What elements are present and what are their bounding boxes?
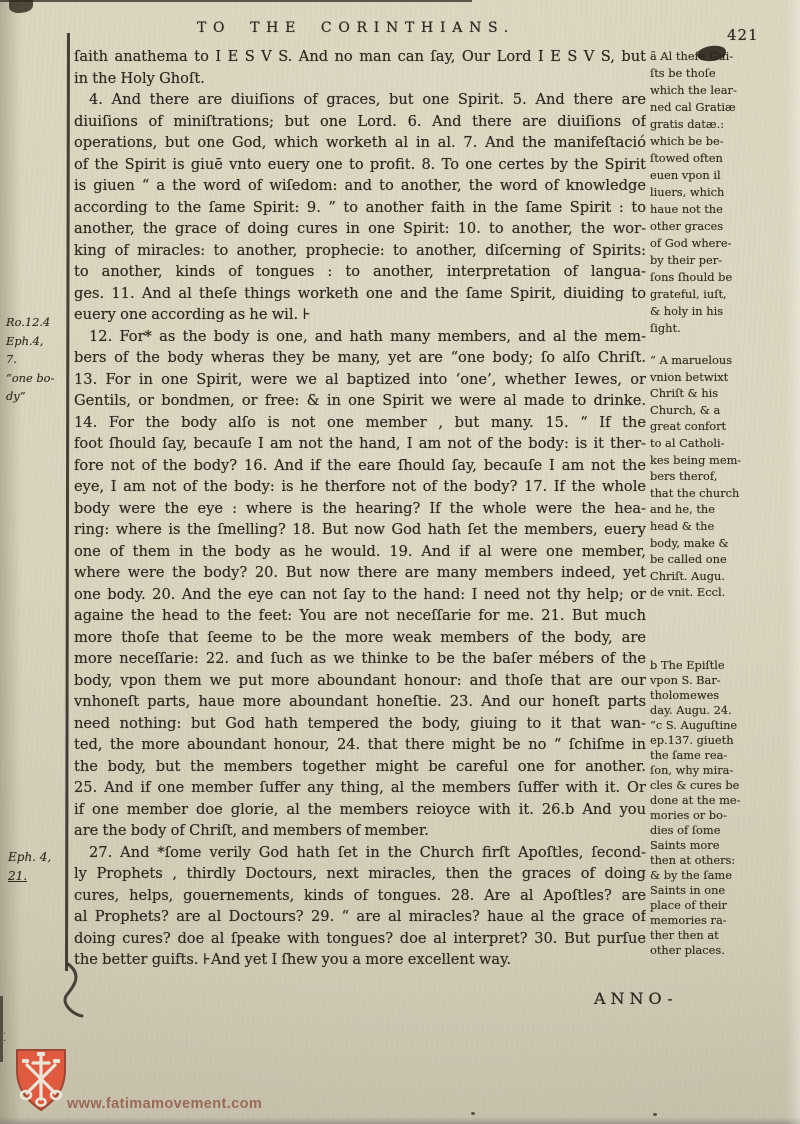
text-line: and he, the bbox=[650, 501, 798, 518]
text-line: 12. For* as the body is one, and hath ma… bbox=[74, 326, 646, 348]
text-line: by their per- bbox=[650, 252, 798, 269]
text-line: ther then at bbox=[650, 928, 798, 943]
text-line: body, vpon them we put more aboundant ho… bbox=[74, 670, 646, 692]
right-margin-note: ã Al theſe Gui-ſts be thoſewhich the lea… bbox=[650, 48, 798, 337]
text-line: liuers, which bbox=[650, 184, 798, 201]
text-line: al Prophets? are al Doctours? 29. “ are … bbox=[74, 906, 646, 928]
text-line: day. Augu. 24. bbox=[650, 703, 798, 718]
text-line: the ſame rea- bbox=[650, 748, 798, 763]
text-line: ted, the more aboundant honour, 24. that… bbox=[74, 734, 646, 756]
text-line: foot ſhould ſay, becauſe I am not the ha… bbox=[74, 433, 646, 455]
text-line: & holy in his bbox=[650, 303, 798, 320]
text-line: 13. For in one Spirit, were we al baptiz… bbox=[74, 369, 646, 391]
text-line: cures, helps, gouernements, kinds of ton… bbox=[74, 885, 646, 907]
text-line: that the church bbox=[650, 485, 798, 502]
text-line: vpon S. Bar- bbox=[650, 673, 798, 688]
text-line: another, the grace of doing cures in one… bbox=[74, 218, 646, 240]
text-line: the better guifts. ⊦And yet I ſhew you a… bbox=[74, 949, 646, 971]
text-line: grateful, iuſt, bbox=[650, 286, 798, 303]
scan-edge-artifact bbox=[0, 1117, 800, 1124]
text-line: kes being mem- bbox=[650, 452, 798, 469]
text-line: Saints in one bbox=[650, 883, 798, 898]
text-line: which the lear- bbox=[650, 82, 798, 99]
text-line: ſaith anathema to I E S V S. And no man … bbox=[74, 46, 646, 68]
ink-speck: .. bbox=[3, 1028, 7, 1042]
text-line: dies of ſome bbox=[650, 823, 798, 838]
text-line: haue not the bbox=[650, 201, 798, 218]
text-line: great confort bbox=[650, 418, 798, 435]
ink-speck bbox=[471, 1112, 475, 1115]
text-line: againe the head to the feet: You are not… bbox=[74, 605, 646, 627]
text-line: Chriſt & his bbox=[650, 385, 798, 402]
right-margin-note: b The Epiſtlevpon S. Bar-tholomewesday. … bbox=[650, 658, 798, 958]
text-line: vnhoneſt parts, haue more aboundant hone… bbox=[74, 691, 646, 713]
text-line: bers therof, bbox=[650, 468, 798, 485]
running-header: TO THE CORINTHIANS. bbox=[74, 20, 638, 36]
text-line: king of miracles: to another, prophecie:… bbox=[74, 240, 646, 262]
text-line: ly Prophets , thirdly Doctours, next mir… bbox=[74, 863, 646, 885]
text-line: other places. bbox=[650, 943, 798, 958]
text-line: 7. bbox=[6, 350, 66, 369]
catchword: ANNO- bbox=[594, 989, 678, 1008]
text-line: eye, I am not of the body: is he therfor… bbox=[74, 476, 646, 498]
text-line: 4. And there are diuiſions of graces, bu… bbox=[74, 89, 646, 111]
text-line: of God where- bbox=[650, 235, 798, 252]
text-line: 27. And *ſome verily God hath ſet in the… bbox=[74, 842, 646, 864]
text-line: de vnit. Eccl. bbox=[650, 584, 798, 601]
text-line: Gentils, or bondmen, or free: & in one S… bbox=[74, 390, 646, 412]
text-line: of the Spirit is giuē vnto euery one to … bbox=[74, 154, 646, 176]
text-line: Saints more bbox=[650, 838, 798, 853]
watermark-url: www.fatimamovement.com bbox=[67, 1096, 262, 1112]
column-rule bbox=[65, 33, 69, 971]
text-line: Eph. 4, bbox=[8, 848, 66, 867]
text-line: ep.137. giueth bbox=[650, 733, 798, 748]
text-line: vnion betwixt bbox=[650, 369, 798, 386]
text-line: need nothing: but God hath tempered the … bbox=[74, 713, 646, 735]
text-line: “c S. Auguſtine bbox=[650, 718, 798, 733]
text-line: operations, but one God, which worketh a… bbox=[74, 132, 646, 154]
text-line: are the body of Chriſt, and members of m… bbox=[74, 820, 646, 842]
text-line: ges. 11. And al theſe things worketh one… bbox=[74, 283, 646, 305]
text-line: doing cures? doe al ſpeake with tongues?… bbox=[74, 928, 646, 950]
text-line: Ro.12.4 bbox=[6, 313, 66, 332]
fatima-movement-logo bbox=[13, 1047, 69, 1113]
scan-edge-artifact bbox=[0, 0, 472, 2]
text-line: ſons ſhould be bbox=[650, 269, 798, 286]
text-line: one of them in the body as he would. 19.… bbox=[74, 541, 646, 563]
text-line: 14. For the body alſo is not one member … bbox=[74, 412, 646, 434]
text-line: head & the bbox=[650, 518, 798, 535]
body-text-column: ſaith anathema to I E S V S. And no man … bbox=[74, 46, 646, 971]
text-line: ſtowed often bbox=[650, 150, 798, 167]
text-line: ring: where is the ſmelling? 18. But now… bbox=[74, 519, 646, 541]
text-line: done at the me- bbox=[650, 793, 798, 808]
text-line: other graces bbox=[650, 218, 798, 235]
left-margin-note: Eph. 4,21. bbox=[8, 848, 66, 886]
text-line: cles & cures be bbox=[650, 778, 798, 793]
text-line: dy” bbox=[6, 387, 66, 406]
text-line: mories or bo- bbox=[650, 808, 798, 823]
text-line: tholomewes bbox=[650, 688, 798, 703]
text-line: Eph.4, bbox=[6, 332, 66, 351]
text-line: according to the ſame Spirit: 9. ” to an… bbox=[74, 197, 646, 219]
text-line: ſight. bbox=[650, 320, 798, 337]
text-line: euen vpon il bbox=[650, 167, 798, 184]
text-line: gratis datæ.: bbox=[650, 116, 798, 133]
text-line: euery one according as he wil. ⊦ bbox=[74, 304, 646, 326]
text-line: fore not of the body? 16. And if the ear… bbox=[74, 455, 646, 477]
text-line: ned cal Gratiæ bbox=[650, 99, 798, 116]
text-line: to al Catholi- bbox=[650, 435, 798, 452]
text-line: then at others: bbox=[650, 853, 798, 868]
scanned-page: .. TO THE CORINTHIANS. 421 ſaith anathem… bbox=[0, 0, 800, 1124]
ink-blot bbox=[9, 0, 33, 13]
text-line: “one bo- bbox=[6, 369, 66, 388]
text-line: 21. bbox=[8, 867, 66, 886]
text-line: is giuen “ a the word of wiſedom: and to… bbox=[74, 175, 646, 197]
text-line: the body, but the members together might… bbox=[74, 756, 646, 778]
text-line: more thoſe that ſeeme to be the more wea… bbox=[74, 627, 646, 649]
text-line: body were the eye : where is the hearing… bbox=[74, 498, 646, 520]
ink-speck bbox=[653, 1113, 657, 1116]
text-line: in the Holy Ghoſt. bbox=[74, 68, 646, 90]
text-line: more neceſſarie: 22. and ſuch as we thin… bbox=[74, 648, 646, 670]
text-line: & by the ſame bbox=[650, 868, 798, 883]
text-line: to another, kinds of tongues : to anothe… bbox=[74, 261, 646, 283]
text-line: ſon, why mira- bbox=[650, 763, 798, 778]
text-line: if one member doe glorie, al the members… bbox=[74, 799, 646, 821]
text-line: “ A maruelous bbox=[650, 352, 798, 369]
text-line: Chriſt. Augu. bbox=[650, 568, 798, 585]
right-margin-note: “ A maruelousvnion betwixtChriſt & hisCh… bbox=[650, 352, 798, 601]
text-line: where were the body? 20. But now there a… bbox=[74, 562, 646, 584]
text-line: place of their bbox=[650, 898, 798, 913]
text-line: one body. 20. And the eye can not ſay to… bbox=[74, 584, 646, 606]
text-line: 25. And if one member ſuffer any thing, … bbox=[74, 777, 646, 799]
text-line: be called one bbox=[650, 551, 798, 568]
text-line: b The Epiſtle bbox=[650, 658, 798, 673]
text-line: which be be- bbox=[650, 133, 798, 150]
text-line: body, make & bbox=[650, 535, 798, 552]
page-number: 421 bbox=[727, 26, 759, 44]
text-line: memories ra- bbox=[650, 913, 798, 928]
flourish-mark bbox=[58, 962, 104, 1020]
left-margin-note: Ro.12.4Eph.4,7.“one bo-dy” bbox=[6, 313, 66, 406]
text-line: diuiſions of miniſtrations; but one Lord… bbox=[74, 111, 646, 133]
text-line: Church, & a bbox=[650, 402, 798, 419]
text-line: ſts be thoſe bbox=[650, 65, 798, 82]
text-line: bers of the body wheras they be many, ye… bbox=[74, 347, 646, 369]
